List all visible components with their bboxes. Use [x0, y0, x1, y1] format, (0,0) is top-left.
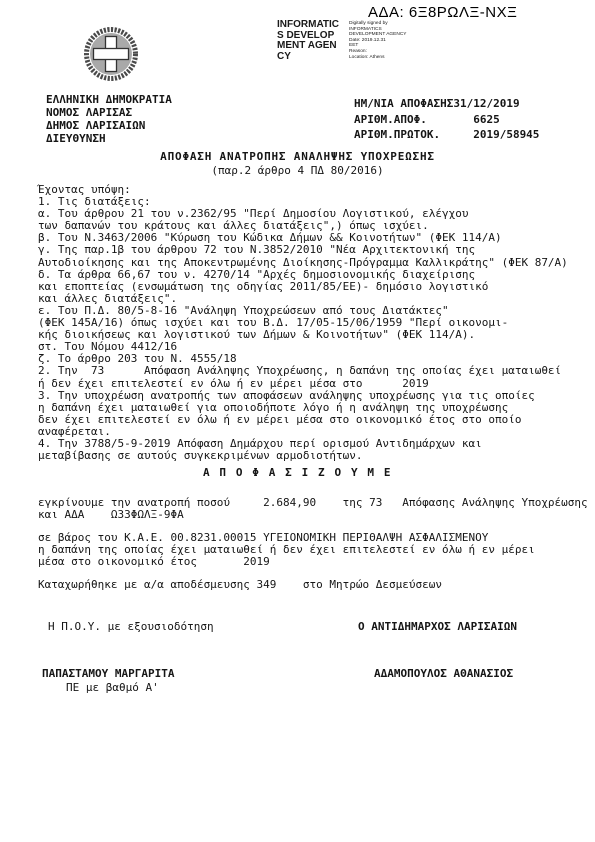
text-line: η δαπάνη έχει ματαιωθεί για οποιοδήποτε …: [38, 402, 587, 414]
text-line: Καταχωρήθηκε με α/α αποδέσμευσης 349 στο…: [38, 579, 587, 591]
text-line: DEVELOPMENT AGENCY: [349, 32, 407, 38]
text-line: ΔΗΜΟΣ ΛΑΡΙΣΑΙΩΝ: [46, 119, 172, 132]
text-line: ΑΡΙΘΜ.ΑΠΟΦ. 6625: [354, 112, 539, 128]
text-line: ΝΟΜΟΣ ΛΑΡΙΣΑΣ: [46, 106, 172, 119]
text-line: 2. Την 73 Απόφαση Ανάληψης Υποχρέωσης, η…: [38, 365, 587, 377]
decision-heading: Α Π Ο Φ Α Σ Ι Ζ Ο Υ Μ Ε: [0, 466, 595, 479]
signature-details: Digitally signed byINFORMATICSDEVELOPMEN…: [349, 21, 407, 62]
right-signatory-role: Ο ΑΝΤΙΔΗΜΑΡΧΟΣ ΛΑΡΙΣΑΙΩΝ: [358, 620, 517, 633]
greek-coat-of-arms-emblem: [84, 27, 138, 81]
text-line: ΑΡΙΘΜ.ΠΡΩΤΟΚ. 2019/58945: [354, 127, 539, 143]
text-line: μεταβίβασης σε αυτούς συγκεκριμένων αρμο…: [38, 450, 587, 462]
document-title: ΑΠΟΦΑΣΗ ΑΝΑΤΡΟΠΗΣ ΑΝΑΛΗΨΗΣ ΥΠΟΧΡΕΩΣΗΣ: [0, 150, 595, 163]
text-line: δ. Τα άρθρα 66,67 του ν. 4270/14 "Αρχές …: [38, 269, 587, 281]
text-line: μέσα στο οικονομικό έτος 2019: [38, 556, 587, 568]
decision-text: εγκρίνουμε την ανατροπή ποσού 2.684,90 τ…: [38, 497, 587, 592]
text-line: Αυτοδιοίκησης και της Αποκεντρωμένης Διο…: [38, 257, 587, 269]
right-signatory-name: ΑΔΑΜΟΠΟΥΛΟΣ ΑΘΑΝΑΣΙΟΣ: [374, 667, 513, 680]
signature-agency-name: INFORMATICS DEVELOPMENT AGENCY: [277, 20, 341, 62]
left-signatory-name: ΠΑΠΑΣΤΑΜΟΥ ΜΑΡΓΑΡΙΤΑ: [42, 667, 174, 680]
text-line: ή δεν έχει επιτελεστεί εν όλω ή εν μέρει…: [38, 378, 587, 390]
digital-signature-stamp: INFORMATICS DEVELOPMENT AGENCY Digitally…: [277, 20, 407, 62]
left-signatory-role: Η Π.Ο.Υ. με εξουσιοδότηση: [48, 620, 214, 633]
text-line: ΔΙΕΥΘΥΝΣΗ: [46, 132, 172, 145]
text-line: γ. Της παρ.1β του άρθρου 72 του Ν.3852/2…: [38, 244, 587, 256]
decision-meta-block: ΗΜ/ΝΙΑ ΑΠΟΦΑΣΗΣ31/12/2019ΑΡΙΘΜ.ΑΠΟΦ. 662…: [354, 96, 539, 143]
ada-code: ΑΔΑ: 6Ξ8ΡΩΛΞ-ΝΧΞ: [368, 4, 517, 21]
text-line: ΗΜ/ΝΙΑ ΑΠΟΦΑΣΗΣ31/12/2019: [354, 96, 539, 112]
text-line: Location: Athens: [349, 55, 407, 61]
preamble-text: Έχοντας υπόψη:1. Τις διατάξεις:α. Του άρ…: [38, 184, 587, 462]
text-line: δεν έχει επιτελεστεί εν όλω ή εν μέρει μ…: [38, 414, 587, 426]
decision-document-page: ΑΔΑ: 6Ξ8ΡΩΛΞ-ΝΧΞ INFORMATICS DEVELOPMENT…: [0, 0, 595, 842]
text-line: και ΑΔΑ Ω33ΦΩΛΞ-9ΦΑ: [38, 509, 587, 521]
text-line: 3. Την υποχρέωση ανατροπής των αποφάσεων…: [38, 390, 587, 402]
left-signatory-grade: ΠΕ με βαθμό Α': [66, 681, 159, 694]
issuing-authority-block: ΕΛΛΗΝΙΚΗ ΔΗΜΟΚΡΑΤΙΑΝΟΜΟΣ ΛΑΡΙΣΑΣΔΗΜΟΣ ΛΑ…: [46, 93, 172, 145]
document-subtitle: (παρ.2 άρθρο 4 ΠΔ 80/2016): [0, 164, 595, 177]
text-line: ΕΛΛΗΝΙΚΗ ΔΗΜΟΚΡΑΤΙΑ: [46, 93, 172, 106]
